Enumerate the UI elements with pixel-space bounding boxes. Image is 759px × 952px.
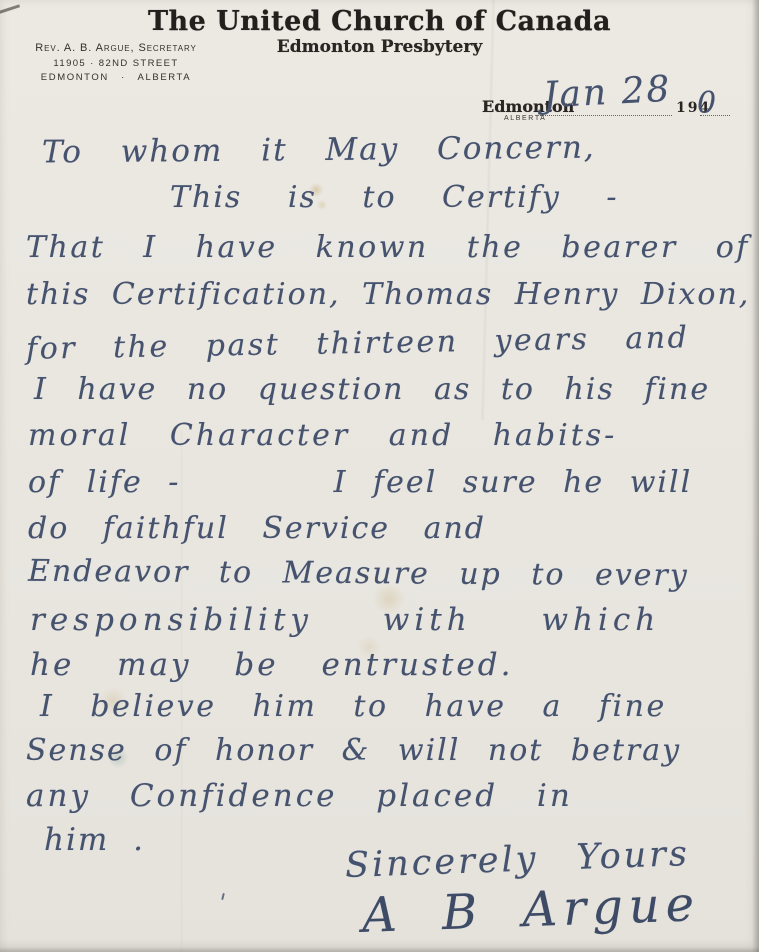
signature: A B Argue — [361, 876, 701, 944]
body-line: responsibility with which — [30, 602, 660, 638]
body-line: That I have known the bearer of — [26, 230, 750, 265]
letterhead-organization: The United Church of Canada — [0, 6, 759, 37]
body-line: Sense of honor & will not betray — [26, 733, 681, 768]
letter-page: The United Church of Canada Edmonton Pre… — [0, 0, 759, 952]
scan-edge-shadow — [0, 947, 759, 952]
dateline-province: ALBERTA — [504, 115, 546, 122]
dateline-dotted-rule — [700, 115, 730, 116]
letterhead-secretary: Rev. A. B. Argue, Secretary — [16, 42, 216, 54]
ink-speck — [221, 893, 225, 900]
body-line: I have no question as to his fine — [34, 372, 710, 407]
handwritten-date: Jan 28 — [542, 69, 672, 117]
body-line: he may be entrusted. — [30, 647, 513, 683]
body-line: of life - I feel sure he will — [28, 465, 692, 500]
letterhead-street: 11905 · 82ND STREET — [16, 58, 216, 69]
letterhead-address-block: Rev. A. B. Argue, Secretary 11905 · 82ND… — [16, 42, 216, 83]
body-line: moral Character and habits- — [28, 418, 617, 453]
body-line: him . — [44, 822, 145, 858]
body-line: I believe him to have a fine — [40, 689, 667, 724]
body-line: any Confidence placed in — [26, 778, 573, 814]
body-line: do faithful Service and — [28, 511, 486, 546]
body-line: for the past thirteen years and — [26, 320, 690, 367]
opening-line: This is to Certify - — [170, 180, 618, 215]
body-line: Endeavor to Measure up to every — [28, 554, 689, 594]
letterhead-city: EDMONTON · ALBERTA — [16, 72, 216, 83]
body-line: this Certification, Thomas Henry Dixon, — [26, 277, 750, 312]
salutation: To whom it May Concern, — [42, 130, 596, 171]
scan-edge-shadow — [752, 0, 759, 952]
